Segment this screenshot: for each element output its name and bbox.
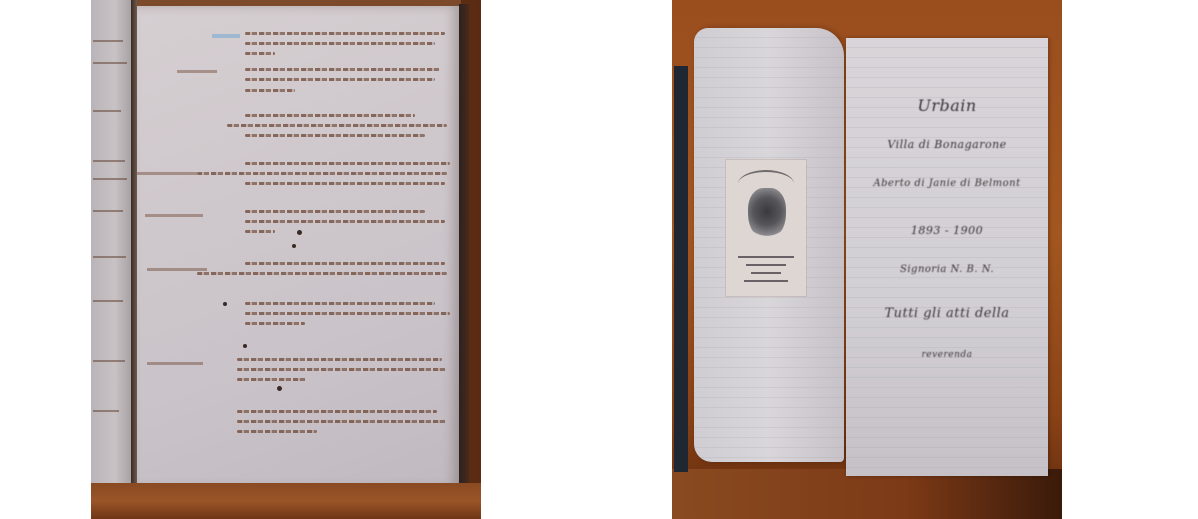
manuscript-page [137,6,459,488]
title-line-6: Tutti gli atti della [846,306,1048,321]
title-line-4: 1893 - 1900 [846,224,1048,237]
coat-of-arms-icon [748,188,786,240]
ex-libris-bookplate [726,160,806,296]
title-line-3: Aberto di Janie di Belmont [846,178,1048,189]
title-page-photo: Urbain Villa di Bonagarone Aberto di Jan… [672,0,1062,519]
title-line-1: Urbain [846,96,1048,115]
manuscript-photo [91,0,481,519]
book-binding [674,66,688,472]
title-page: Urbain Villa di Bonagarone Aberto di Jan… [846,38,1048,476]
wooden-table-front [91,483,481,519]
blue-ink-mark [212,34,240,38]
title-line-2: Villa di Bonagarone [846,138,1048,151]
title-line-7: reverenda [846,350,1048,360]
bookplate-page [694,28,844,462]
facing-page-left [91,0,131,500]
title-line-5: Signoria N. B. N. [846,264,1048,275]
wooden-table-front [672,469,1062,519]
book-cover-edge [459,4,469,492]
